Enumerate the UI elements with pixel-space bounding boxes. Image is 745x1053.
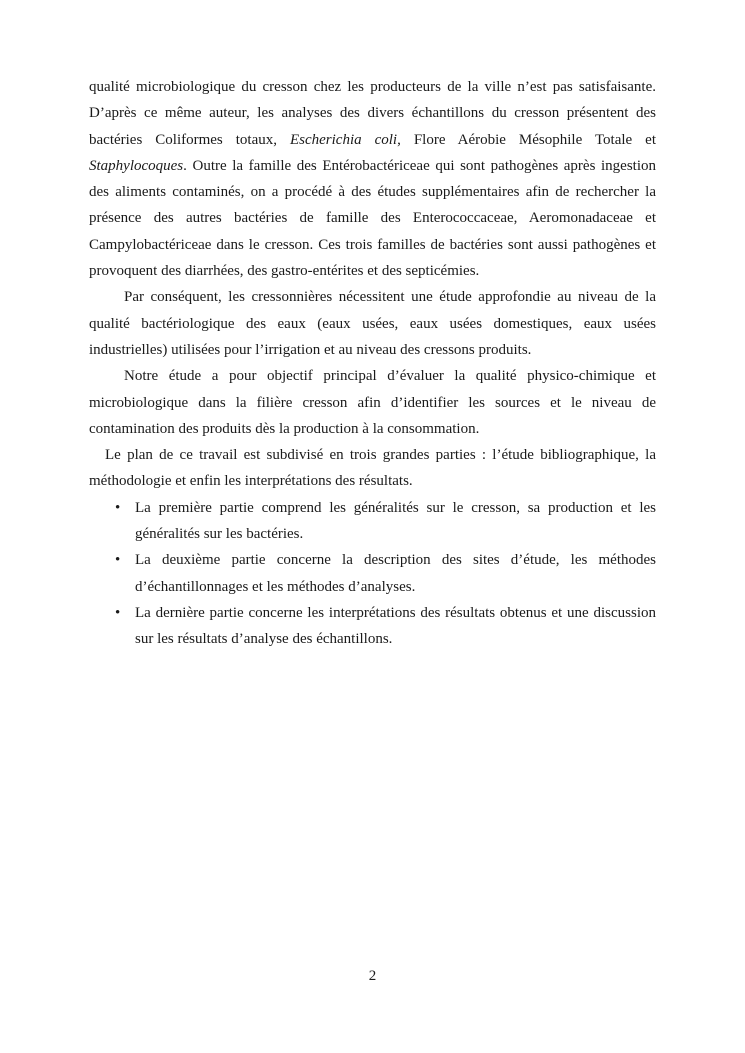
page-number: 2 [0, 966, 745, 986]
italic-species-escherichia: Escherichia coli [290, 132, 397, 148]
document-page: qualité microbiologique du cresson chez … [0, 0, 745, 1053]
list-item-part2: •La deuxième partie concerne la descript… [89, 547, 656, 600]
paragraph-objective: Notre étude a pour objectif principal d’… [89, 363, 656, 442]
list-item-text: La deuxième partie concerne la descripti… [135, 552, 656, 594]
text-segment: , Flore Aérobie Mésophile Totale et [397, 132, 656, 148]
list-item-text: La dernière partie concerne les interpré… [135, 605, 656, 647]
text-segment: . Outre la famille des Entérobactériceae… [89, 158, 656, 279]
bullet-icon: • [115, 495, 120, 521]
list-item-text: La première partie comprend les générali… [135, 500, 656, 542]
text-block: qualité microbiologique du cresson chez … [89, 74, 656, 653]
paragraph-plan: Le plan de ce travail est subdivisé en t… [89, 442, 656, 495]
parts-list: •La première partie comprend les général… [89, 495, 656, 653]
bullet-icon: • [115, 547, 120, 573]
list-item-part1: •La première partie comprend les général… [89, 495, 656, 548]
paragraph-consequence: Par conséquent, les cressonnières nécess… [89, 284, 656, 363]
bullet-icon: • [115, 600, 120, 626]
italic-species-staphylocoques: Staphylocoques [89, 158, 183, 174]
paragraph-bacteriology: qualité microbiologique du cresson chez … [89, 74, 656, 284]
list-item-part3: •La dernière partie concerne les interpr… [89, 600, 656, 653]
